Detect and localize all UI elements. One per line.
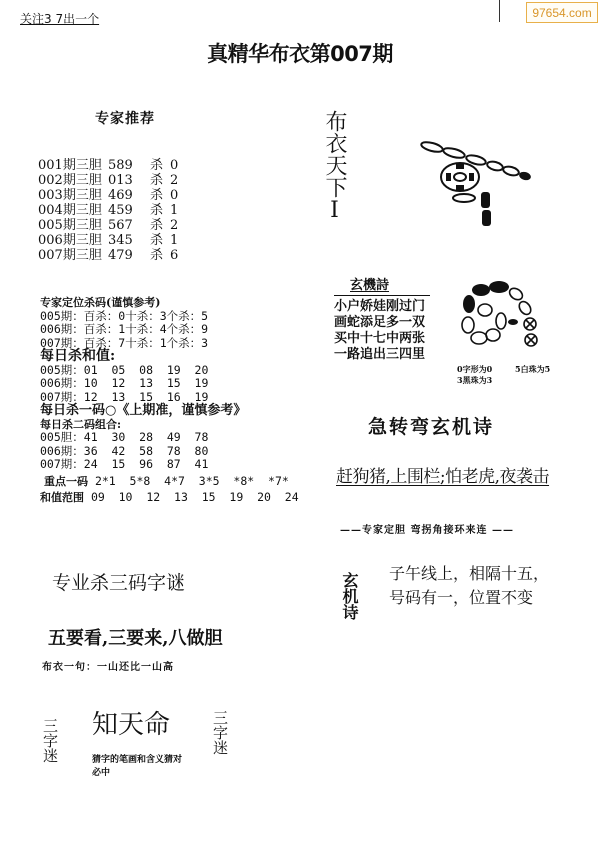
xuanji-poem-heading: 玄機詩 [350,274,389,293]
list-item: 004期三胆459杀1 [38,203,182,218]
buyi-sentence: 布衣一句：一山还比一山高 [42,658,174,673]
page-title: 真精华布衣第007期 [0,38,600,68]
riddle-line: 五要看,三要来,八做胆 [48,624,223,650]
position-kill-row: 005期：百杀：0十杀：3个杀：5 [40,310,299,324]
header-divider [499,0,500,22]
bead-note: 3黑珠为3 [457,375,492,386]
kill-number: 1 [170,233,182,248]
sum-range-row: 和值范围 09 10 12 13 15 19 20 24 [40,491,299,505]
kill-number: 2 [170,218,182,233]
riddle-heading: 专业杀三码字谜 [52,568,185,595]
dan-numbers: 469 [108,188,150,203]
dan-numbers: 459 [108,203,150,218]
daily-sum-kill-row: 007期：12 13 15 16 19 [40,391,299,405]
expert-recommend-heading: 专家推荐 [95,108,155,128]
daily-kill-two-row: 005胆：41 30 28 49 78 [40,431,299,445]
period: 002期三胆 [38,173,108,188]
watermark-badge: 97654.com [526,2,598,23]
list-item: 006期三胆345杀1 [38,233,182,248]
riddle-main-word: 知天命 [92,704,170,741]
dan-numbers: 567 [108,218,150,233]
kill-label: 杀 [150,218,170,233]
daily-kill-one-heading: 每日杀一码○《上期准，谨慎参考》 [40,404,299,418]
period: 006期三胆 [38,233,108,248]
period: 007期三胆 [38,248,108,263]
poem-line: 一路追出三四里 [334,347,425,363]
list-item: 002期三胆013杀2 [38,173,182,188]
poem-line: 子午线上，相隔十五， [389,562,549,586]
poem-line: 号码有一，位置不变 [389,586,549,610]
kill-number: 0 [170,188,182,203]
kill-number: 1 [170,203,182,218]
list-item: 003期三胆469杀0 [38,188,182,203]
daily-sum-kill-row: 006期：10 12 13 15 19 [40,377,299,391]
period: 005期三胆 [38,218,108,233]
kill-label: 杀 [150,173,170,188]
dan-numbers: 479 [108,248,150,263]
riddle-hint: 猜字的笔画和含义猜对必中 [92,754,182,780]
key-code-value: 2*1 5*8 4*7 3*5 *8* *7* [95,474,289,488]
riddle-side-right: 三字迷 [212,710,228,755]
poem-line: 画蛇添足多一双 [334,315,425,331]
buyi-tianxia-vertical: 布衣天下I [322,110,346,223]
daily-sum-kill-heading: 每日杀和值: [40,350,299,364]
kill-codes-block: 专家定位杀码(谨慎参考) 005期：百杀：0十杀：3个杀：5 006期：百杀：1… [40,296,299,505]
xuanji-heading-rule [334,295,430,296]
expert-recommend-list: 001期三胆589杀0 002期三胆013杀2 003期三胆469杀0 004期… [38,158,182,263]
bead-curve-icon [455,280,555,368]
kill-label: 杀 [150,158,170,173]
sum-range-label: 和值范围 [40,491,84,504]
sum-range-value: 09 10 12 13 15 19 20 24 [91,490,299,504]
kill-label: 杀 [150,203,170,218]
period: 003期三胆 [38,188,108,203]
xuanji-poem-body: 小户娇娃刚过门 画蛇添足多一双 买中十七中两张 一路追出三四里 [334,299,425,363]
period: 001期三胆 [38,158,108,173]
daily-sum-kill-row: 005期：01 05 08 19 20 [40,364,299,378]
kill-label: 杀 [150,233,170,248]
daily-kill-two-row: 007期：24 15 96 87 41 [40,458,299,472]
jizhuan-heading: 急转弯玄机诗 [368,412,494,439]
header-note: 关注3 7出一个 [20,10,99,27]
bead-note: 5白珠为5 [515,364,550,375]
list-item: 005期三胆567杀2 [38,218,182,233]
key-code-label: 重点一码 [44,475,88,488]
dan-numbers: 345 [108,233,150,248]
dan-numbers: 589 [108,158,150,173]
dan-numbers: 013 [108,173,150,188]
period: 004期三胆 [38,203,108,218]
expert-dan-line: ——专家定胆 弯拐角接环来连 —— [340,521,514,536]
daily-kill-two-heading: 每日杀二码组合: [40,418,299,432]
list-item: 001期三胆589杀0 [38,158,182,173]
kill-label: 杀 [150,188,170,203]
jizhuan-line: 赶狗猪,上围栏;怕老虎,夜袭击 [336,462,549,487]
poem-line: 买中十七中两张 [334,331,425,347]
key-code-row: 重点一码 2*1 5*8 4*7 3*5 *8* *7* [40,475,299,489]
poem-line: 小户娇娃刚过门 [334,299,425,315]
kill-label: 杀 [150,248,170,263]
position-kill-row: 006期：百杀：1十杀：4个杀：9 [40,323,299,337]
xuanjishi-body: 子午线上，相隔十五， 号码有一，位置不变 [389,562,549,610]
kill-number: 2 [170,173,182,188]
position-kill-heading: 专家定位杀码(谨慎参考) [40,296,299,310]
daily-kill-two-row: 006期：36 42 58 78 80 [40,445,299,459]
list-item: 007期三胆479杀6 [38,248,182,263]
bead-chain-icon [420,140,540,244]
bead-note: 0字形为0 [457,364,492,375]
xuanjishi-vertical: 玄机诗 [337,572,362,620]
riddle-side-left: 三字迷 [42,718,58,763]
kill-number: 0 [170,158,182,173]
kill-number: 6 [170,248,182,263]
